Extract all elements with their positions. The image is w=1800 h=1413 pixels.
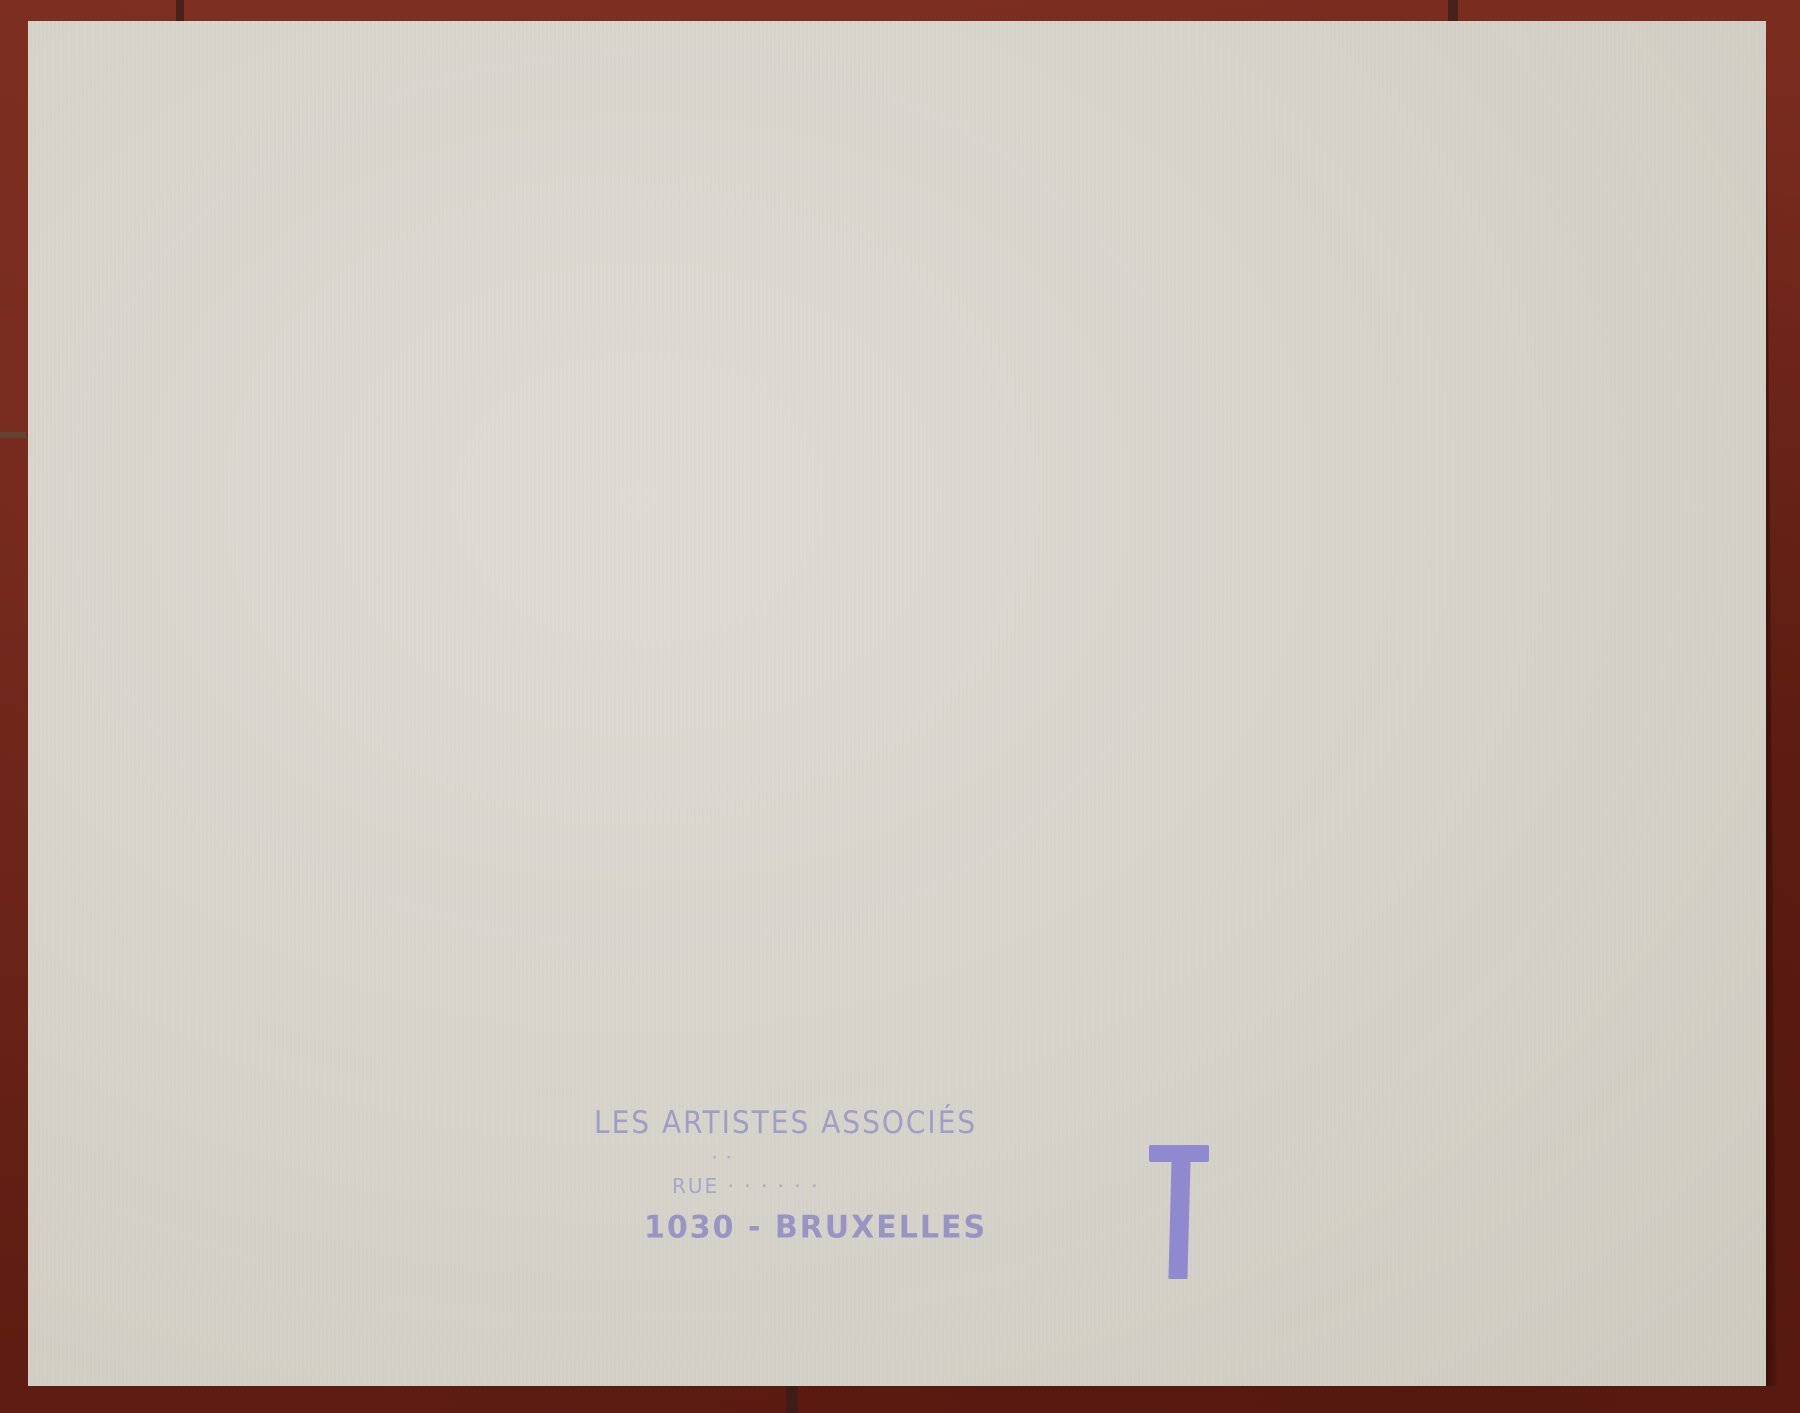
- stamp-organization-name: LES ARTISTES ASSOCIÉS: [594, 1104, 977, 1140]
- tile-grout-line: [0, 432, 26, 438]
- handwritten-letter-t-mark: [1149, 1145, 1211, 1280]
- tile-grout-line: [786, 1385, 798, 1413]
- stamp-street-address: RUE · · · · · ·: [672, 1174, 819, 1198]
- paper-sheet: [28, 21, 1766, 1386]
- stamp-city-postcode: 1030 - BRUXELLES: [644, 1209, 987, 1246]
- stamp-smudge: · ·: [712, 1150, 734, 1166]
- t-stem: [1168, 1159, 1190, 1279]
